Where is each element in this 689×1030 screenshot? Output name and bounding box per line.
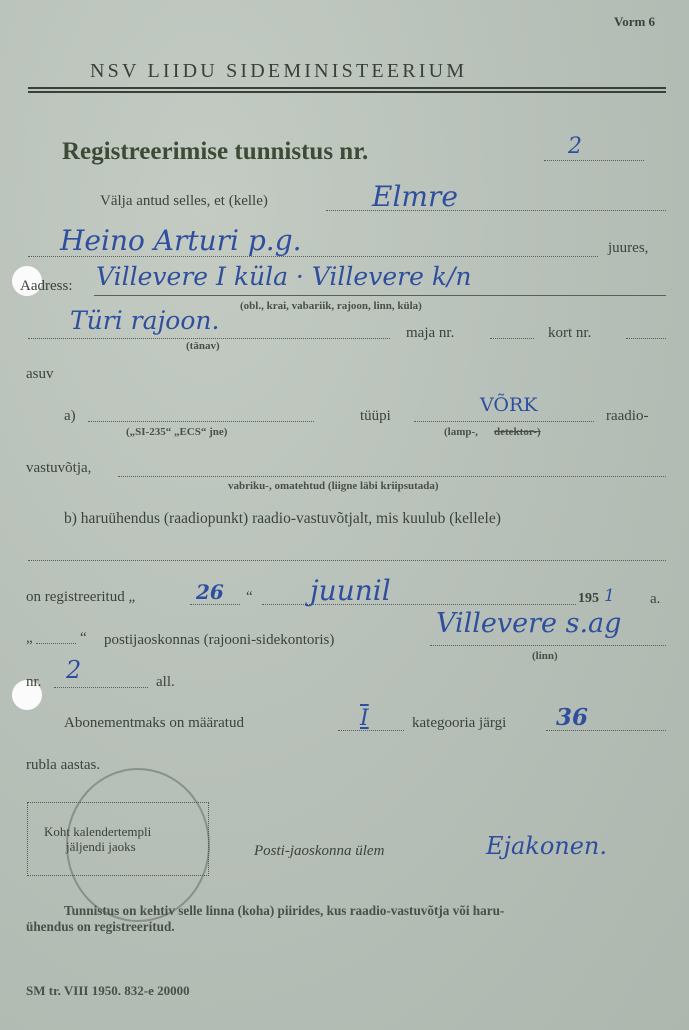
year-abbr: a. xyxy=(650,591,660,608)
page-title: Registreerimise tunnistus nr. xyxy=(62,138,368,166)
stamp-box-label-2: jäljendi jaoks xyxy=(66,839,136,855)
post-office-value: Villevere s.ag xyxy=(436,608,621,639)
type-label: tüüpi xyxy=(360,408,391,425)
category-label: kategooria järgi xyxy=(412,715,506,732)
type-hint-detector: detektor-) xyxy=(494,426,541,438)
item-a-label: a) xyxy=(64,408,76,425)
nr-label: nr. xyxy=(26,674,41,691)
type-value: VÕRK xyxy=(480,394,537,416)
heading-rule-2 xyxy=(28,91,666,93)
located-label: asuv xyxy=(26,366,54,383)
validity-note-line-2: ühendus on registreeritud. xyxy=(26,919,175,935)
post-office-hint: (linn) xyxy=(532,650,558,662)
registered-month: juunil xyxy=(310,574,391,607)
post-office-label: postijaoskonnas (rajooni-sidekontoris) xyxy=(104,632,334,649)
issued-to-value: Elmre xyxy=(372,180,458,213)
nr-value: 2 xyxy=(66,656,81,684)
chief-label: Posti-jaoskonna ülem xyxy=(254,843,384,860)
holder-value: Heino Arturi p.g. xyxy=(60,224,302,257)
ministry-heading: NSV LIIDU SIDEMINISTEERIUM xyxy=(90,60,467,83)
house-label: maja nr. xyxy=(406,325,454,342)
address-value: Villevere I küla · Villevere k/n xyxy=(96,262,472,291)
address-hint: (obl., krai, vabariik, rajoon, linn, kül… xyxy=(240,300,422,312)
type-hint-lamp: (lamp-, xyxy=(444,426,478,438)
address-label: Aadress: xyxy=(20,278,73,295)
fee-amount: 36 xyxy=(556,704,588,731)
all-label: all. xyxy=(156,674,175,691)
street-value: Türi rajoon. xyxy=(70,306,219,335)
certificate-number: 2 xyxy=(568,134,582,159)
item-b-label: b) haruühendus (raadiopunkt) raadio-vast… xyxy=(64,510,501,528)
print-info: SM tr. VIII 1950. 832-e 20000 xyxy=(26,983,190,999)
heading-rule xyxy=(28,87,666,89)
fee-category: I xyxy=(360,706,369,731)
apartment-label: kort nr. xyxy=(548,325,591,342)
validity-note-line-1: Tunnistus on kehtiv selle linna (koha) p… xyxy=(64,903,504,919)
form-number: Vorm 6 xyxy=(614,14,655,30)
radio-label: raadio- xyxy=(606,408,648,425)
fee-label: Abonementmaks on määratud xyxy=(64,715,244,732)
chief-signature: Ejakonen. xyxy=(486,832,607,860)
registered-year-prefix: 195 xyxy=(578,591,599,607)
receiver-hint: vabriku-, omatehtud (liigne läbi kriipsu… xyxy=(228,480,439,492)
holder-suffix: juures, xyxy=(608,240,648,257)
stamp-box-label-1: Koht kalendertempli xyxy=(44,824,151,840)
item-a-hint: („SI-235“ „ECS“ jne) xyxy=(126,426,227,438)
registered-label: on registreeritud „ xyxy=(26,589,135,606)
street-hint: (tänav) xyxy=(186,340,220,352)
registered-day: 26 xyxy=(196,580,224,604)
issued-to-label: Välja antud selles, et (kelle) xyxy=(100,193,268,210)
registered-year-suffix: 1 xyxy=(604,586,615,606)
rubles-label: rubla aastas. xyxy=(26,757,100,774)
receiver-label: vastuvõtja, xyxy=(26,460,91,477)
